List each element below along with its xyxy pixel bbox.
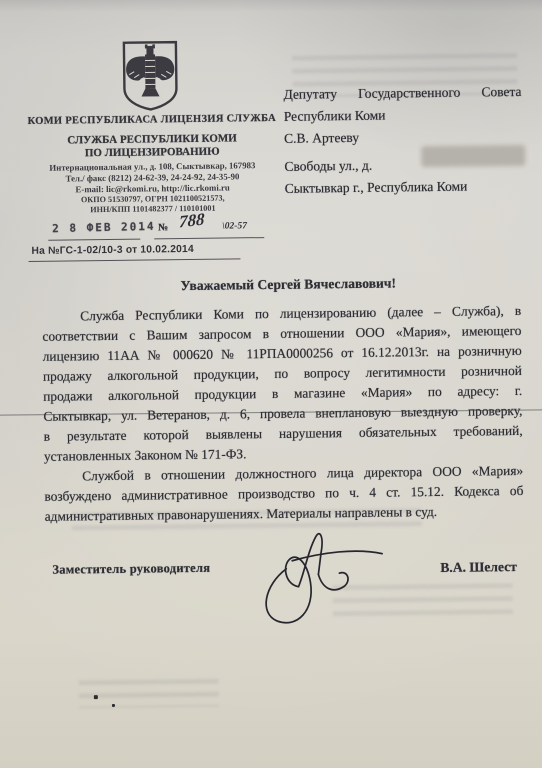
signoff-position-title: Заместитель руководителя (52, 561, 210, 578)
outgoing-number-handwritten: 788 (179, 209, 205, 232)
scan-speck (94, 695, 98, 699)
recipient-line-1: Депутату Государственного Совета (283, 81, 521, 105)
number-suffix: \02-57 (222, 221, 247, 231)
komi-coat-of-arms-emblem (118, 36, 183, 118)
body-line: административных правонарушениях. Матери… (45, 503, 524, 525)
bleed-through-artifact (79, 679, 219, 709)
recipient-line-2: Республики Коми (284, 103, 522, 127)
body-line: возбуждено административное производство… (44, 483, 523, 505)
signoff-name: В.А. Шелест (440, 559, 517, 576)
scan-speck (112, 704, 115, 707)
body-line: Службой в отношении должностного лица ди… (82, 463, 523, 484)
letter-content: КОМИ РЕСПУБЛИКАСА ЛИЦЕНЗИЯ СЛУЖБА СЛУЖБА… (0, 0, 542, 768)
org-name-russian-line2: ПО ЛИЦЕНЗИРОВАНИЮ (17, 145, 287, 160)
org-name-komi: КОМИ РЕСПУБЛИКАСА ЛИЦЕНЗИЯ СЛУЖБА (17, 113, 287, 127)
body-line: Служба Республики Коми по лицензированию… (80, 303, 521, 324)
recipient-line-5: Сыктывкар г., Республика Коми (285, 175, 523, 199)
body-line: продажи алкогольной продукции в магазине… (43, 383, 522, 405)
date-stamp: 2 8 ФЕВ 2014 (52, 220, 156, 235)
number-sign: № (158, 222, 168, 233)
body-line: установленных Законом № 171-ФЗ. (44, 443, 523, 465)
handwritten-signature (252, 526, 387, 637)
stamp-underline (48, 239, 140, 241)
scanned-letter-page: КОМИ РЕСПУБЛИКАСА ЛИЦЕНЗИЯ СЛУЖБА СЛУЖБА… (0, 0, 542, 768)
recipient-line-4: Свободы ул., д. (284, 154, 424, 177)
reference-underline (29, 258, 241, 262)
stamp-underline (154, 237, 264, 240)
redaction-blur (421, 145, 525, 167)
inn-kpp-line: ИНН/КПП 1101482377 / 110101001 (18, 202, 288, 214)
body-line: продажу алкогольной продукции, по вопрос… (43, 363, 522, 385)
reference-line: На №ГС-1-02/10-3 от 10.02.2014 (31, 244, 194, 257)
salutation: Уважаемый Сергей Вячеславович! (49, 274, 528, 296)
body-line: в результате которой выявлены нарушения … (44, 423, 523, 445)
body-line: соответствии с Вашим запросом в отношени… (42, 323, 521, 345)
body-line: лицензию 11АА № 000620 № 11РПА0000256 от… (43, 343, 522, 365)
